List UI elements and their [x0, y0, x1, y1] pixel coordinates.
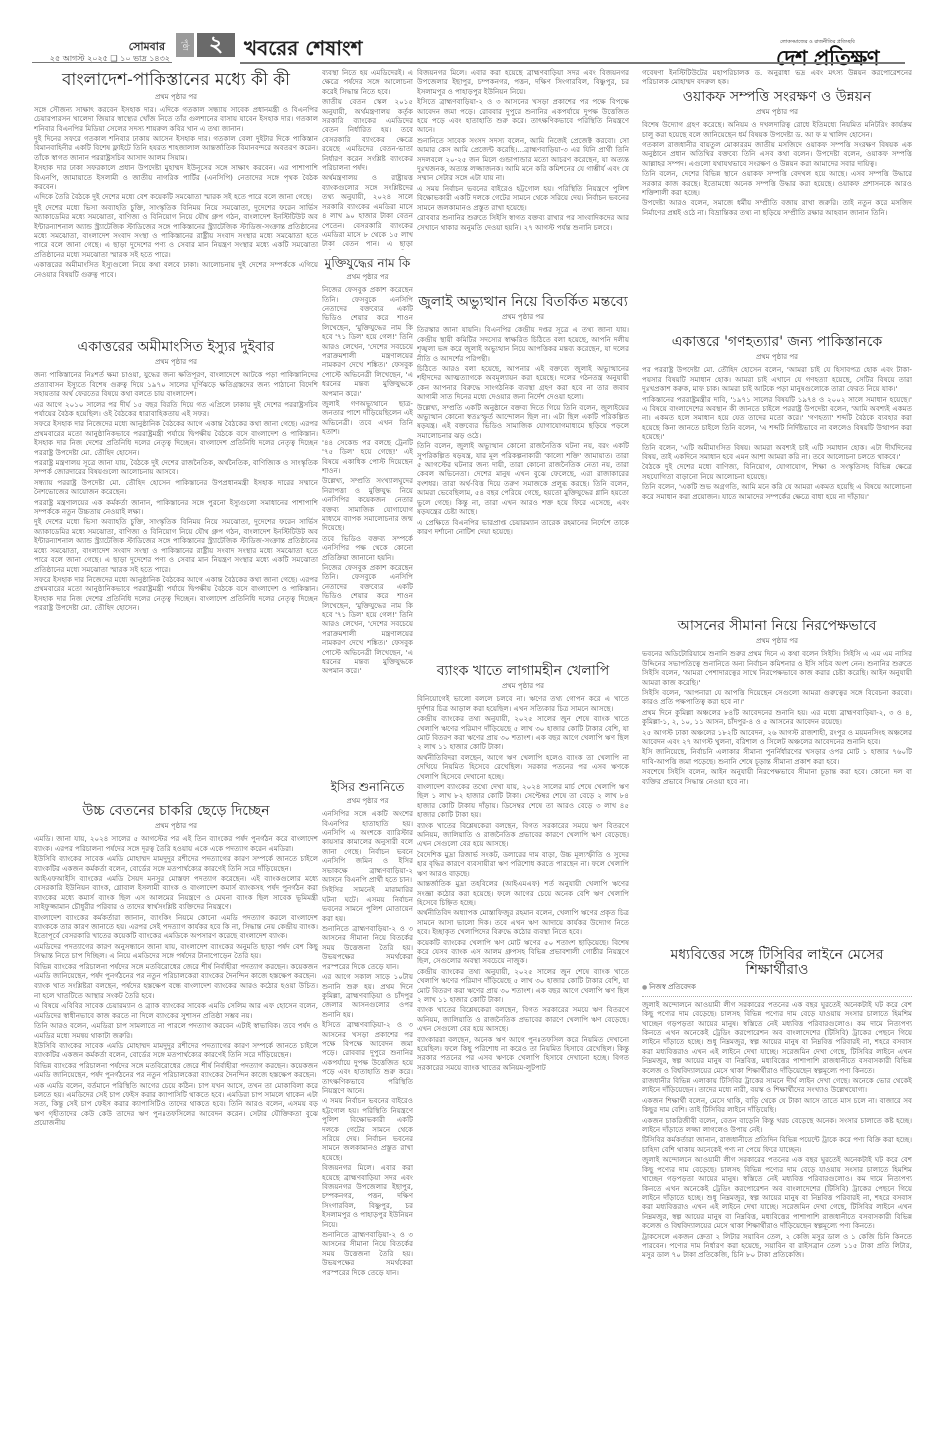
paragraph: এনসিপির সঙ্গে একটি অংশের বিএনপির হাতাহাত…: [322, 809, 413, 884]
story-lead: গবেষণা ইনস্টিটিউটের মহাপরিচালক ড. অনুরাধ…: [642, 68, 912, 87]
story-tcb: মধ্যবিত্তের সঙ্গে টিসিবির লাইনে মেসের শি…: [642, 945, 912, 1425]
paragraph: তিরস্কার জানা যায়নি। বিএনপির কেন্দ্রীয়…: [417, 325, 629, 363]
paragraph: ইসি জানিয়েছে, নির্বাচনি এলাকার সীমানা প…: [642, 747, 912, 766]
paragraph: চিঠিতে আরও বলা হয়েছে, আপনার এই বক্তব্যে…: [417, 364, 629, 402]
paragraph: কয়েকটি ব্যাংকের খেলাপি ঋণ মোট ঋণের ৫০ শ…: [417, 938, 629, 966]
paragraph: ব্যাংক খাত সংশ্লিষ্টরা বলছেন, পর্ষদের হস…: [34, 981, 318, 1000]
paragraph: প্রথম দিনে কুমিল্লা অঞ্চলের ৮৪টি আবেদনের…: [642, 708, 912, 727]
story-salary-continued: ব্যবস্থা নিতে হয় এমডিদেরই। এ ক্ষেত্রে প…: [322, 68, 413, 250]
paragraph: বিশেষ উদ্যোগ গ্রহণ করেছে। অনিয়ম ও দখলদা…: [642, 120, 912, 139]
paragraph: দুই দিনের সফরে গতকাল শনিবার ঢাকায় আসেন …: [34, 134, 318, 162]
paragraph: নিজের ফেসবুক প্রকাশ করেছেন তিনি। ফেসবুকে…: [322, 563, 413, 676]
paragraph: বিভিন্ন ব্যাংকের পরিচালনা পর্ষদের সঙ্গে …: [34, 962, 318, 981]
masthead: সোমবার ২৫ আগস্ট ২০২৫ ❑ ১০ ভাদ্র ১৪৩২ পৃষ…: [0, 0, 945, 56]
story-body: বিশেষ উদ্যোগ গ্রহণ করেছে। অনিয়ম ও দখলদা…: [642, 120, 912, 217]
paragraph: উপদেষ্টা আরও বলেন, সমাজে ধর্মীয় সম্প্রী…: [642, 198, 912, 217]
paragraph: বৈদেশিক মুদ্রা রিজার্ভ সংকট, ডলারের দাম …: [417, 850, 629, 878]
paragraph: আইএফআইসি ব্যাংকের এমডি সৈয়দ মনসুর মোস্ত…: [34, 874, 318, 912]
paragraph: এ প্রেক্ষিতে বিএনপির ভারপ্রাপ্ত চেয়ারম্…: [417, 518, 629, 537]
paragraph: কেন্দ্রীয় ব্যাংকের তথ্য অনুযায়ী, ২০২৫ …: [417, 714, 629, 752]
paragraph: শুনানিতে সাবেক সংসদ সদস্য বলেন, আমি নিজে…: [417, 136, 629, 183]
paragraph: দুই দেশের মধ্যে ভিসা অব্যাহতি চুক্তি, সা…: [34, 517, 318, 573]
paragraph: বিজয়নগর মিলে। এবার করা হয়েছে ব্রাহ্মণব…: [417, 68, 629, 96]
paragraph: ব্যাংক খাতের বিশ্লেষকেরা বলছেন, বিগত সরক…: [417, 1005, 629, 1033]
story-kicker: প্রথম পৃষ্ঠার পর: [34, 820, 318, 832]
story-headline[interactable]: একাত্তরের অমীমাংসিত ইস্যুর দুইবার: [34, 340, 318, 355]
story-body: বিজয়নগর মিলে। এবার করা হয়েছে ব্রাহ্মণব…: [417, 68, 629, 232]
story-brahmanbaria: বিজয়নগর মিলে। এবার করা হয়েছে ব্রাহ্মণব…: [417, 68, 629, 288]
story-body: এনসিপির সঙ্গে একটি অংশের বিএনপির হাতাহাত…: [322, 809, 413, 1277]
paragraph: সবশেষে সিইসি বলেন, আইন অনুযায়ী নিরপেক্ষ…: [642, 767, 912, 786]
story-body: এমডি। জানা যায়, ২০২৪ সালের ৫ আগস্টের পর…: [34, 834, 318, 1127]
story-headline[interactable]: বাংলাদেশ-পাকিস্তানের মধ্যে কী কী: [34, 71, 318, 90]
paragraph: তিনি বলেন, দেশের বিভিন্ন স্থানে ওয়াকফ স…: [642, 169, 912, 197]
paragraph: অর্থনীতিবিদ অধ্যাপক মোস্তাফিজুর রহমান বল…: [417, 908, 629, 936]
paragraph: পররাষ্ট্র মন্ত্রণালয়ের এক কর্মকর্তা জান…: [34, 498, 318, 517]
story-bank-default: ব্যাংক খাতে লাগামহীন খেলাপি প্রথম পৃষ্ঠা…: [417, 661, 629, 1406]
story-headline[interactable]: ব্যাংক খাতে লাগামহীন খেলাপি: [417, 664, 629, 679]
paragraph: তিনি বলেন, 'একটি শুভ অগ্রগতি, আমি মনে কর…: [642, 482, 912, 501]
paragraph: বিজয়নগর মিলে। এবার করা হয়েছে ব্রাহ্মণব…: [322, 1163, 413, 1229]
story-headline[interactable]: মধ্যবিত্তের সঙ্গে টিসিবির লাইনে মেসের শি…: [642, 948, 912, 979]
story-kicker: প্রথম পৃষ্ঠার পর: [322, 271, 413, 283]
page-label: পৃষ্ঠা: [176, 33, 194, 57]
paragraph: সফরে ইসহাক দার নিজেদের মধ্যে আনুষ্ঠানিক …: [34, 575, 318, 613]
paragraph: এমডি। জানা যায়, ২০২৪ সালের ৫ আগস্টের পর…: [34, 834, 318, 853]
story-unresolved: একাত্তরের অমীমাংসিত ইস্যুর দুইবার প্রথম …: [34, 337, 318, 797]
story-ec-hearing: ইসির শুনানিতে প্রথম পৃষ্ঠার পর এনসিপির স…: [322, 778, 413, 1418]
paragraph: পর পররাষ্ট্র উপদেষ্টা মো. তৌহিদ হোসেন বল…: [642, 365, 912, 393]
paragraph: পররাষ্ট্র মন্ত্রণালয় সূত্রে জানা যায়, …: [34, 458, 318, 477]
paragraph: ২৫ আগস্ট ঢাকা অঞ্চলের ১৮২টি আবেদন, ২৬ আগ…: [642, 728, 912, 747]
paragraph: টিসিবির কর্মকর্তারা জানান, রাজধানীতে প্র…: [642, 1135, 912, 1154]
paragraph: শুনানিতে ব্রাহ্মণবাড়িয়া-২ ও ৩ আসনের সী…: [322, 924, 413, 971]
story-kicker: প্রথম পৃষ্ঠার পর: [642, 351, 912, 363]
paragraph: উল্লেখ্য, সম্প্রতি সংখ্যালঘুদের নিরাপত্ত…: [322, 476, 413, 532]
story-body: সঙ্গে সৌজন্য সাক্ষাৎ করবেন ইসহাক দার। এদ…: [34, 105, 318, 279]
paragraph: উল্লেখ্য, সম্প্রতি একটি অনুষ্ঠানে বক্তব্…: [417, 403, 629, 441]
paragraph: এর আগে সকাল সাড়ে ১০টায় শুনানি শুরু হয়…: [322, 972, 413, 1019]
paragraph: তিনি বলেন, জুলাই অভ্যুত্থান কোনো রাজনৈতি…: [417, 441, 629, 516]
page-number: ২: [197, 33, 235, 57]
paragraph: অর্থমন্ত্রণালয় ও রাষ্ট্রায়ত্ত ব্যাংকগু…: [322, 173, 413, 250]
paragraph: জুলাই অন্দোলনে আওয়ামী লীগ সরকারের পতনের…: [642, 1155, 912, 1230]
column-e: গবেষণা ইনস্টিটিউটের মহাপরিচালক ড. অনুরাধ…: [642, 68, 912, 1429]
paragraph: অর্থনীতিবিদরা বলছেন, আগে ঋণ খেলাপি হলেও …: [417, 753, 629, 781]
story-body: পর পররাষ্ট্র উপদেষ্টা মো. তৌহিদ হোসেন বল…: [642, 365, 912, 501]
story-high-salary: উচ্চ বেতনের চাকরি ছেড়ে দিচ্ছেন প্রথম পৃ…: [34, 801, 318, 1421]
story-headline[interactable]: জুলাই অভ্যুত্থান নিয়ে বিতর্কিত মন্তব্যে: [417, 295, 629, 310]
story-headline[interactable]: ওয়াকফ সম্পত্তি সংরক্ষণ ও উন্নয়ন: [642, 90, 912, 105]
paragraph: তিনি বলেন, 'এটি অমীমাংসিত বিষয়। আমরা অব…: [642, 443, 912, 462]
story-body: নিজের ফেসবুক প্রকাশ করেছেন তিনি। ফেসবুকে…: [322, 285, 413, 676]
paragraph: বাংলাদেশ ব্যাংকের তথ্যে দেখা যায়, ২০২৪ …: [417, 782, 629, 820]
paragraph: এদিকে তৈরি বৈঠকে দুই দেশের মধ্যে বেশ কয়…: [34, 192, 318, 201]
story-waqf: গবেষণা ইনস্টিটিউটের মহাপরিচালক ড. অনুরাধ…: [642, 68, 912, 328]
paragraph: রোববার শুনানির শুরুতে সিইসি স্বাগত বক্তব…: [417, 213, 629, 232]
story-headline[interactable]: আসনের সীমানা নিয়ে নিরপেক্ষভাবে: [642, 619, 912, 634]
paragraph: ইসিতে ব্রাহ্মণবাড়িয়া-২ ও ৩ আসনের খসড়া…: [417, 97, 629, 135]
story-bd-pak: বাংলাদেশ-পাকিস্তানের মধ্যে কী কী প্রথম প…: [34, 68, 318, 333]
story-headline[interactable]: মুক্তিযুদ্ধের নাম কি: [322, 257, 413, 270]
paragraph: ইসহাক দার ঢাকা সফরকালে প্রধান উপদেষ্টা ম…: [34, 163, 318, 191]
story-body: জন্য পাকিস্তানের নিঃশর্ত ক্ষমা চাওয়া, য…: [34, 370, 318, 612]
story-body: তিরস্কার জানা যায়নি। বিএনপির কেন্দ্রীয়…: [417, 325, 629, 536]
paragraph: তবে ভিডিও বক্তব্য সম্পর্কে এনসিপির পক্ষ …: [322, 534, 413, 562]
paragraph: বাংলাদেশ ব্যাংকের কর্মকর্তারা জানান, ব্য…: [34, 913, 318, 941]
paragraph: জাতীয় বেতন স্কেল ২০১৫ অনুযায়ী, অর্থমন্…: [322, 97, 413, 172]
story-headline[interactable]: উচ্চ বেতনের চাকরি ছেড়ে দিচ্ছেন: [34, 804, 318, 819]
paragraph: বিভিন্ন ব্যাংকের পরিচালনা পর্ষদের সঙ্গে …: [34, 1061, 318, 1080]
paragraph: ভবনের অডিটোরিয়ামে শুনানি শুরুর প্রথম দি…: [642, 649, 912, 687]
paragraph: দুই দেশের মধ্যে ভিসা অব্যাহতি চুক্তি, সা…: [34, 203, 318, 259]
paragraph: '৪৪ সেকেন্ড পর বলছে ট্রেনটি '৭৫ ডিল' হয়…: [322, 438, 413, 476]
paragraph: এক এমডি বলেন, বর্তমানে পরিস্থিতি আগের চে…: [34, 1081, 318, 1128]
story-kicker: প্রথম পৃষ্ঠার পর: [417, 311, 629, 323]
paragraph: ব্যাংকাররা বলছেন, অনেক ঋণ আগে পুনঃতফসিল …: [417, 1035, 629, 1073]
paragraph: সঙ্গে সৌজন্য সাক্ষাৎ করবেন ইসহাক দার। এদ…: [34, 105, 318, 133]
paragraph: গতকাল রাজধানীর বায়তুল মোকাররম জাতীয় মস…: [642, 140, 912, 168]
paragraph: শুনানিতে ব্রাহ্মণবাড়িয়া-২ ও ৩ আসনের সী…: [322, 1230, 413, 1277]
masthead-divider: [32, 62, 172, 63]
story-kicker: প্রথম পৃষ্ঠার পর: [642, 106, 912, 118]
paragraph: বিনিয়োগেই ভালো বললে চলবে না। ঋণের তথ্য …: [417, 694, 629, 713]
paragraph: নিজের ফেসবুক প্রকাশ করেছেন তিনি। ফেসবুকে…: [322, 285, 413, 398]
story-body: ভবনের অডিটোরিয়ামে শুনানি শুরুর প্রথম দি…: [642, 649, 912, 786]
paragraph: একাত্তরের অমীমাংসিত ইস্যুগুলো নিয়ে কথা …: [34, 260, 318, 279]
story-kicker: প্রথম পৃষ্ঠার পর: [34, 91, 318, 103]
paragraph: এ সময় নির্বাচন ভবনের বাইরেও হট্টগোল হয়…: [417, 184, 629, 212]
paragraph: এমডিদের পদত্যাগের কারণ অনুসন্ধানে জানা য…: [34, 942, 318, 961]
paragraph: জুলাই গণঅভ্যুত্থানে ছাত্র-জনতার পাশে দাঁ…: [322, 399, 413, 437]
story-byline: নিজস্ব প্রতিবেদক: [642, 981, 912, 993]
paragraph: একজন শিক্ষার্থী বলেন, মেসে থাকি, বাড়ি থ…: [642, 1096, 912, 1115]
paragraph: তিনি আরও বলেন, এমডিরা চাপ সামলাতে না পার…: [34, 1021, 318, 1040]
paragraph: এ সময় নির্বাচন ভবনের বাইরেও হট্টগোল হয়…: [322, 1096, 413, 1162]
paragraph: রাজধানীর বিভিন্ন এলাকায় টিসিবির ট্রাকের…: [642, 1076, 912, 1095]
story-body: ব্যবস্থা নিতে হয় এমডিদেরই। এ ক্ষেত্রে প…: [322, 68, 413, 250]
paragraph: সফরে ইসহাক দার নিজেদের মধ্যে আনুষ্ঠানিক …: [34, 419, 318, 457]
paragraph: এ বিষয়ে এবিবির সাবেক চেয়ারম্যান ও ব্র্…: [34, 1001, 318, 1020]
masthead-divider: [240, 62, 905, 64]
story-body: জুলাই অন্দোলনে আওয়ামী লীগ সরকারের পতনের…: [642, 1000, 912, 1260]
paragraph: ট্রাকসেলে একজন ক্রেতা ২ লিটার সয়াবিন তে…: [642, 1232, 912, 1260]
paragraph: কেন্দ্রীয় ব্যাংকের তথ্য অনুযায়ী, ২০২৫ …: [417, 967, 629, 1005]
story-kicker: প্রথম পৃষ্ঠার পর: [417, 680, 629, 692]
paragraph: বৈঠকে দুই দেশের মধ্যে বাণিজ্য, বিনিয়োগ,…: [642, 462, 912, 481]
paragraph: সিইসি বলেন, 'আপনারা যে আপত্তি দিয়েছেন স…: [642, 688, 912, 707]
paragraph: পাকিস্তানের পররাষ্ট্রমন্ত্রীর দাবি, '১৯৭…: [642, 395, 912, 442]
story-headline[interactable]: একাত্তরে 'গণহত্যার' জন্য পাকিস্তানকে: [642, 335, 912, 350]
column-b: ব্যবস্থা নিতে হয় এমডিদেরই। এ ক্ষেত্রে প…: [322, 68, 413, 1422]
paragraph: ব্যবস্থা নিতে হয় এমডিদেরই। এ ক্ষেত্রে প…: [322, 68, 413, 96]
story-body: বিনিয়োগেই ভালো বললে চলবে না। ঋণের তথ্য …: [417, 694, 629, 1072]
story-liberation: মুক্তিযুদ্ধের নাম কি প্রথম পৃষ্ঠার পর নি…: [322, 254, 413, 774]
column-c: বিজয়নগর মিলে। এবার করা হয়েছে ব্রাহ্মণব…: [417, 68, 629, 1410]
paragraph: ইউসিবি ব্যাংকের সাবেক এমডি মোহাম্মদ মামদ…: [34, 854, 318, 873]
story-kicker: প্রথম পৃষ্ঠার পর: [322, 795, 413, 807]
paragraph: সন্ধ্যায় পররাষ্ট্র উপদেষ্টা মো. তৌহিদ হ…: [34, 478, 318, 497]
story-genocide: একাত্তরে 'গণহত্যার' জন্য পাকিস্তানকে প্র…: [642, 332, 912, 612]
issue-date: ২৫ আগস্ট ২০২৫ ❑ ১০ ভাদ্র ১৪৩২: [50, 53, 170, 66]
story-boundary: আসনের সীমানা নিয়ে নিরপেক্ষভাবে প্রথম পৃ…: [642, 616, 912, 941]
paragraph: আন্তর্জাতিক মুদ্রা তহবিলের (আইএমএফ) শর্ত…: [417, 879, 629, 907]
story-kicker: প্রথম পৃষ্ঠার পর: [34, 356, 318, 368]
paragraph: সিইসির সামনেই মারামারির ঘটনা ঘটে। এসময় …: [322, 885, 413, 923]
paragraph: একজন চাকরিজীবী বলেন, বেতন বাড়েনি কিন্তু…: [642, 1116, 912, 1135]
paragraph: জুলাই অন্দোলনে আওয়ামী লীগ সরকারের পতনের…: [642, 1000, 912, 1075]
story-kicker: প্রথম পৃষ্ঠার পর: [642, 635, 912, 647]
story-headline[interactable]: ইসির শুনানিতে: [322, 781, 413, 794]
paragraph: ব্যাংক খাতের বিশ্লেষকেরা বলছেন, বিগত সরক…: [417, 821, 629, 849]
story-july-uprising: জুলাই অভ্যুত্থান নিয়ে বিতর্কিত মন্তব্যে…: [417, 292, 629, 657]
paragraph: জন্য পাকিস্তানের নিঃশর্ত ক্ষমা চাওয়া, য…: [34, 370, 318, 398]
byline-divider: [642, 996, 912, 997]
column-a: বাংলাদেশ-পাকিস্তানের মধ্যে কী কী প্রথম প…: [34, 68, 318, 1425]
paragraph: ইউসিবি ব্যাংকের সাবেক এমডি মোহাম্মদ মামদ…: [34, 1041, 318, 1060]
paragraph: ইসিতে ব্রাহ্মণবাড়িয়া-২ ও ৩ আসনের খসড়া…: [322, 1020, 413, 1095]
paragraph: এর আগে ২০১০ সালের পর দীর্ঘ ১৫ বছর বিরতি …: [34, 400, 318, 419]
